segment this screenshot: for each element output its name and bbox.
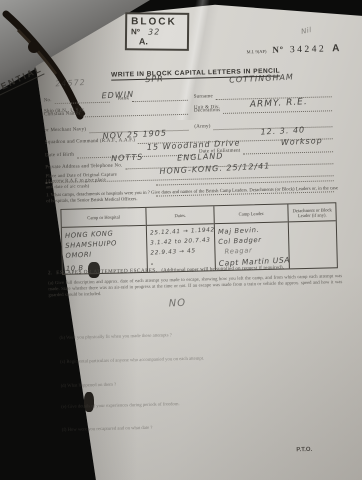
question-1-text: 1. What camps, detachments or hospitals … bbox=[46, 186, 338, 205]
question-2b-text: (b) Were you physically fit when you mad… bbox=[59, 330, 319, 342]
camp-table-col-detachment: Detachment or Block Leader (if any). bbox=[289, 203, 337, 268]
rank-value: SPR bbox=[145, 74, 164, 84]
block-stamp-word: BLOCK bbox=[131, 16, 183, 28]
form-content: CONFIDENTIAL BLOCK Nº 32 A. Nil M.I. 9(A… bbox=[0, 0, 362, 480]
ref-no-label: Nº bbox=[272, 44, 284, 54]
mi9-label: M.I. 9(AP) bbox=[247, 49, 267, 54]
field-capture: Place and Date of Original Capture (Airc… bbox=[46, 171, 154, 190]
question-2c-text: (c) Regimental particulars of anyone who… bbox=[60, 354, 320, 366]
camp-table-col-camp: Camp or Hospital HONG KONG SHAMSHUIPO OM… bbox=[61, 208, 147, 274]
camp-col-header: Camp or Hospital bbox=[61, 208, 145, 228]
dates-row-3: 22.9.43 → 45 bbox=[150, 245, 212, 258]
question-2d-text: (d) What happened on them ? bbox=[61, 378, 321, 390]
camp-table-col-dates: Dates. 25.12.41 → 1.1942 3.1.42 to 20.7.… bbox=[146, 206, 216, 272]
answer-2a: NO bbox=[168, 298, 186, 310]
block-stamp-box: BLOCK Nº 32 A. bbox=[125, 12, 189, 51]
scanned-pow-questionnaire: CONFIDENTIAL BLOCK Nº 32 A. Nil M.I. 9(A… bbox=[0, 0, 362, 480]
section-2-note: (Additional paper will be supplied on re… bbox=[161, 266, 284, 275]
dates-col-header: Dates. bbox=[146, 206, 214, 226]
leader-row-3: Reagar bbox=[225, 244, 286, 257]
address-value-line2a: NOTTS bbox=[111, 152, 144, 163]
block-no-handwritten: 32 bbox=[148, 27, 160, 36]
question-2e-text: (e) Give details of your experiences dur… bbox=[61, 399, 321, 411]
block-no-label: Nº bbox=[131, 27, 140, 36]
question-2f-text: (f) How were you recaptured and on what … bbox=[62, 422, 322, 434]
service-number-value: 24572 bbox=[55, 78, 86, 89]
pto-footer: P.T.O. bbox=[296, 447, 312, 453]
ref-suffix: A bbox=[332, 43, 340, 54]
section-2-number: 2. bbox=[48, 270, 52, 276]
leader-col-header: Camp Leader. bbox=[215, 204, 288, 224]
block-letter: A. bbox=[139, 36, 183, 46]
question-2a-text: (a) Give full description and approx. da… bbox=[48, 274, 342, 299]
section-2-heading: ESCAPES OR ATTEMPTED ESCAPES. bbox=[56, 268, 157, 276]
reference-line: M.I. 9(AP) Nº 34242 A bbox=[246, 43, 339, 56]
pencil-note: Nil bbox=[300, 26, 312, 36]
ref-number: 34242 bbox=[290, 44, 326, 55]
camp-table-col-leader: Camp Leader. Maj Bevin. Col Badger Reaga… bbox=[215, 204, 291, 270]
christian-names-value: EDWIN bbox=[101, 90, 134, 101]
detachment-col-header: Detachment or Block Leader (if any). bbox=[289, 203, 336, 222]
confidential-stamp: CONFIDENTIAL bbox=[0, 63, 45, 113]
